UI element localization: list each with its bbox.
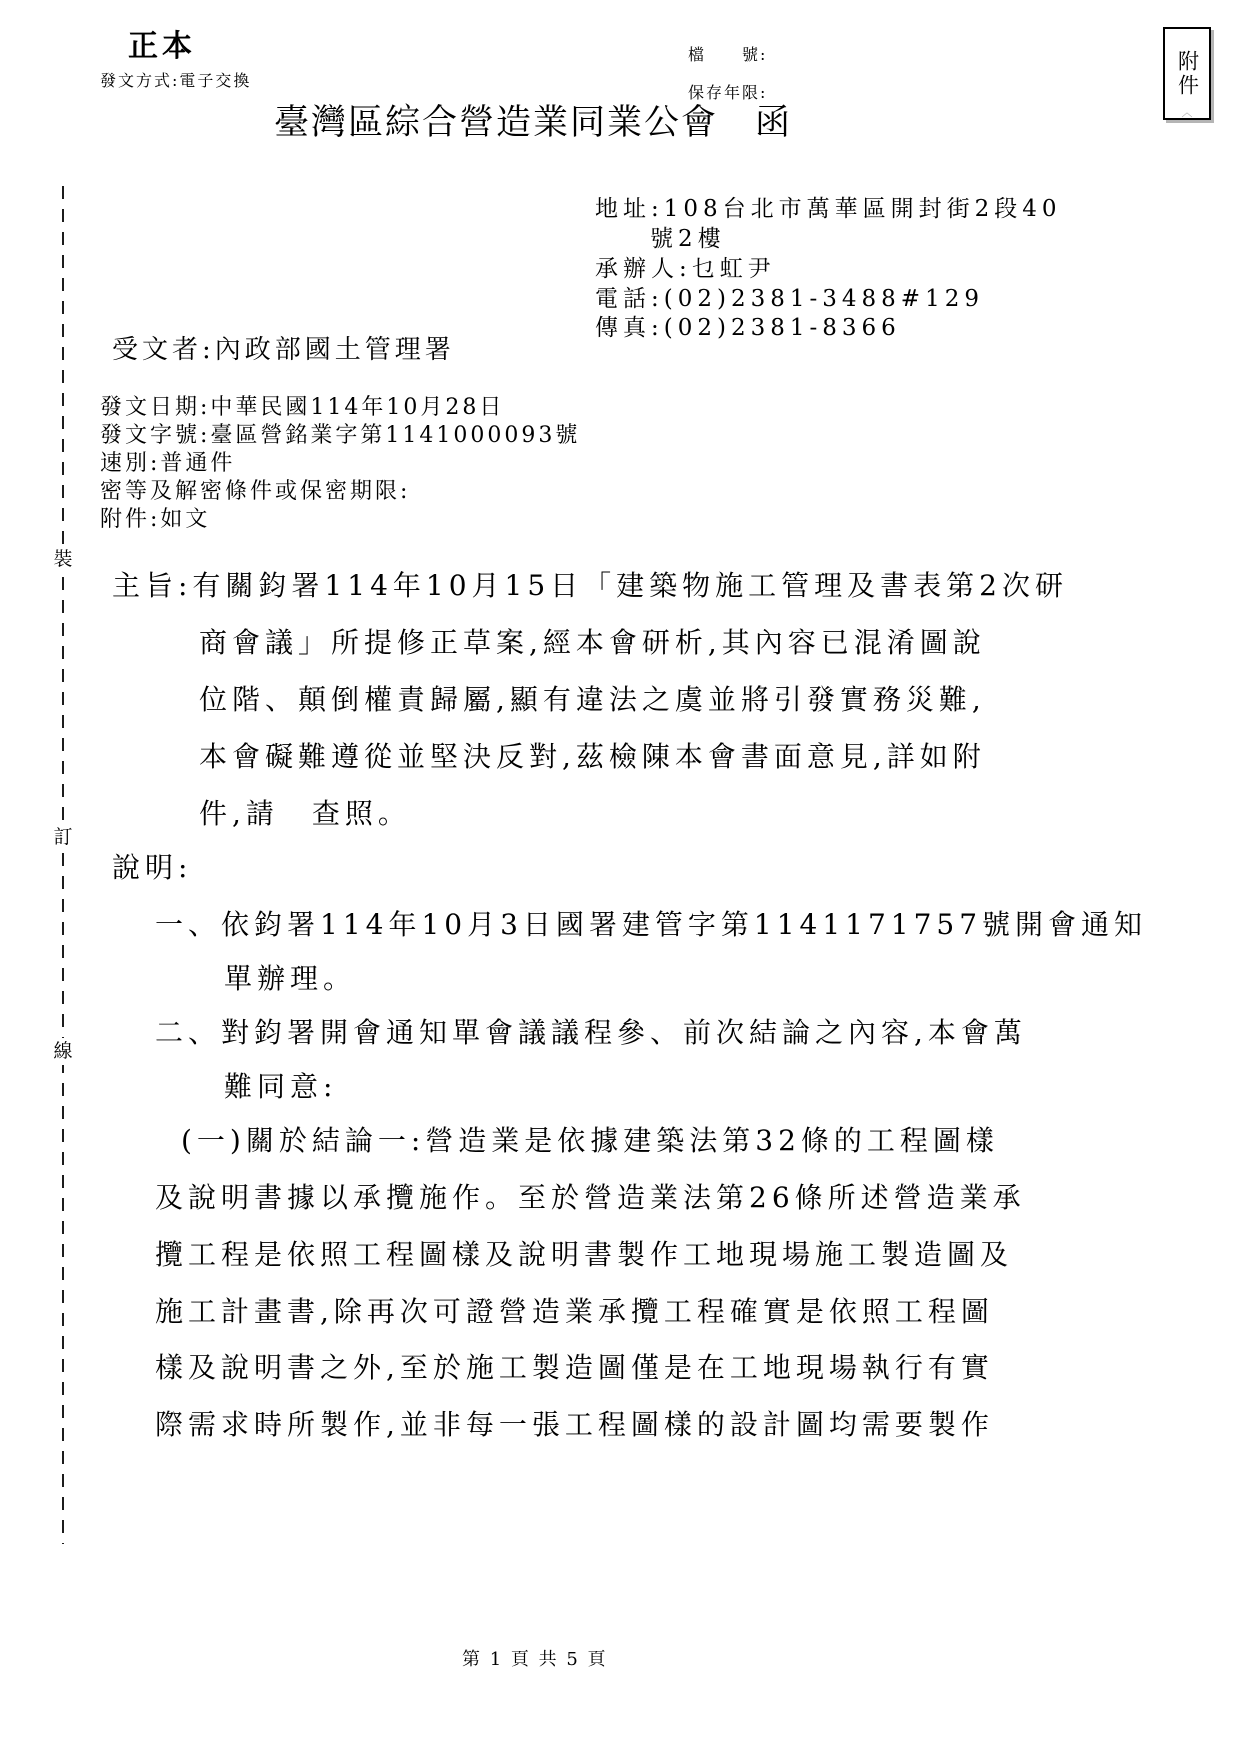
attachment-tab-label: 附件 [1177,50,1198,98]
page-footer: 第 1 頁 共 5 頁 [462,1650,608,1671]
sender-fax: 傳真:(02)2381-8366 [595,315,901,341]
body-line: 二、對鈞署開會通知單會議議程參、前次結論之內容,本會萬 [155,1017,1027,1049]
body-line: 樣及說明書之外,至於施工製造圖僅是在工地現場執行有實 [155,1352,994,1384]
subject-line: 位階、顛倒權責歸屬,顯有違法之虞並將引發實務災難, [199,684,986,716]
copy-type-label: 正本 [128,30,196,65]
document-title: 臺灣區綜合營造業同業公會 函 [274,103,792,143]
body-line: 單辦理。 [224,963,356,995]
doc-number-line: 發文字號:臺區營銘業字第1141000093號 [100,423,580,448]
subject-line: 本會礙難遵從並堅決反對,茲檢陳本會書面意見,詳如附 [199,741,986,773]
body-line: 難同意: [224,1071,337,1103]
binding-mark-zhuang: 裝 [52,546,74,573]
body-line: 攬工程是依照工程圖樣及說明書製作工地現場施工製造圖及 [155,1239,1013,1271]
sender-contact-person: 承辦人:乜虹尹 [595,256,776,282]
recipient-line: 受文者:內政部國土管理署 [112,336,455,366]
binding-mark-ding: 訂 [52,824,74,851]
explanation-heading: 說明: [112,852,192,884]
file-number-label: 檔 號: [688,46,767,64]
body-line: 施工計畫書,除再次可證營造業承攬工程確實是依照工程圖 [155,1296,994,1328]
body-line: 一、依鈞署114年10月3日國署建管字第1141171757號開會通知 [155,909,1147,941]
delivery-method-label: 發文方式:電子交換 [100,72,251,90]
attachment-line: 附件:如文 [100,507,210,532]
issue-date-line: 發文日期:中華民國114年10月28日 [100,395,504,420]
binding-dashed-line [62,186,64,1544]
binding-mark-xian: 線 [52,1038,74,1065]
attachment-caret-icon: ︿ [1182,107,1193,118]
body-line: 及說明書據以承攬施作。至於營造業法第26條所述營造業承 [155,1182,1026,1214]
sender-phone: 電話:(02)2381-3488#129 [595,286,984,312]
attachment-tab: 附件 ︿ [1163,27,1211,120]
sender-address-line1: 地址:108台北市萬華區開封街2段40 [595,196,1062,222]
security-line: 密等及解密條件或保密期限: [100,479,410,504]
speed-line: 速別:普通件 [100,451,235,476]
sender-address-line2: 號2樓 [650,226,726,252]
subject-line: 主旨:有關鈞署114年10月15日「建築物施工管理及書表第2次研 [112,570,1068,602]
retention-period-label: 保存年限: [688,84,767,102]
body-line: (一)關於結論一:營造業是依據建築法第32條的工程圖樣 [181,1125,999,1157]
body-line: 際需求時所製作,並非每一張工程圖樣的設計圖均需要製作 [155,1409,994,1441]
subject-line: 商會議」所提修正草案,經本會研析,其內容已混淆圖說 [199,627,986,659]
document-page: 正本 發文方式:電子交換 檔 號: 保存年限: 附件 ︿ 臺灣區綜合營造業同業公… [0,0,1241,1755]
subject-line: 件,請 查照。 [199,798,411,830]
